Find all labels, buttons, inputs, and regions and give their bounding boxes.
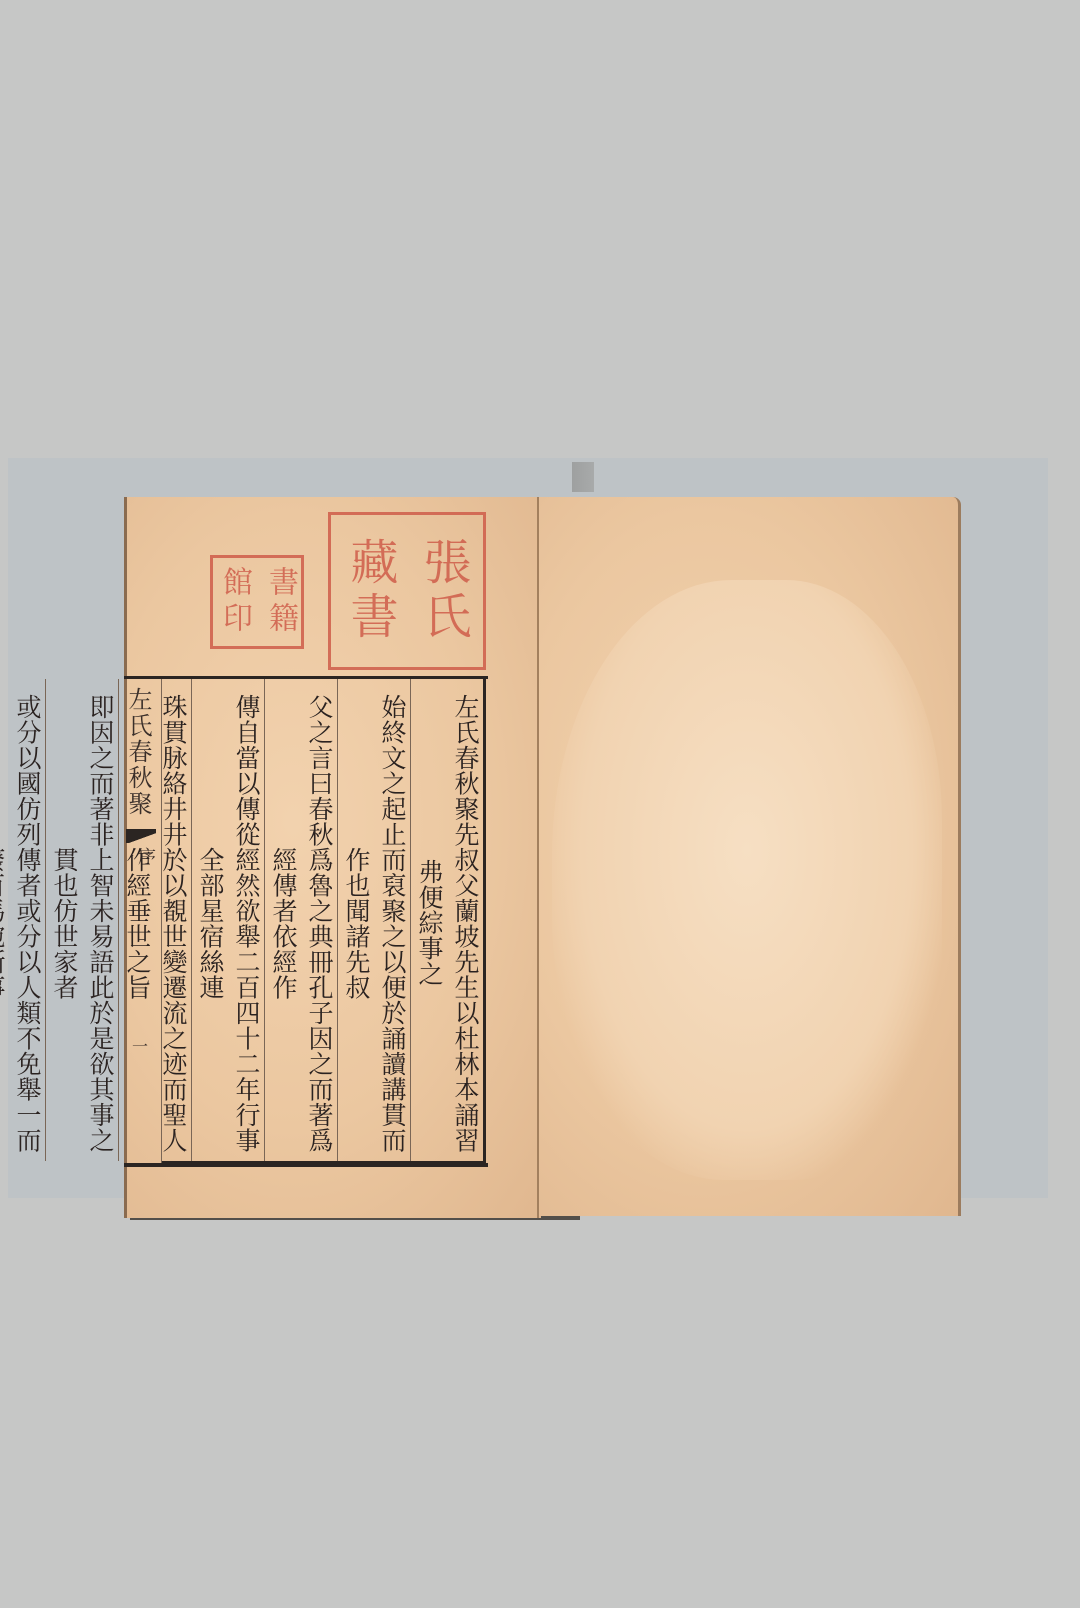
seal-column: 館印 <box>212 566 256 638</box>
text-frame: 左氏春秋聚先叔父蘭坡先生以杜林本誦習弗便綜事之 始終文之起止而裒聚之以便於誦讀講… <box>162 676 486 1164</box>
text-column: 傳自當以傳從經然欲舉二百四十二年行事全部星宿絲連 <box>191 679 264 1161</box>
seal-column: 張氏 <box>409 537 478 645</box>
water-stain <box>552 580 942 1180</box>
text-column: 始終文之起止而裒聚之以便於誦讀講貫而作也聞諸先叔 <box>337 679 410 1161</box>
text-column: 或分以國仿列傳者或分以人類不免舉一而廢百馬宛斯事 <box>0 679 45 1161</box>
text-column: 左氏春秋聚先叔父蘭坡先生以杜林本誦習弗便綜事之 <box>410 679 483 1161</box>
text-column: 珠貫脉絡井井於以覩世變遷流之迹而聖人作經垂世之旨 <box>118 679 191 1161</box>
book-gutter <box>537 497 539 1218</box>
frame-bottom-border <box>124 1163 488 1167</box>
text-column: 父之言曰春秋爲魯之典冊孔子因之而著爲經傳者依經作 <box>264 679 337 1161</box>
seal-column: 藏書 <box>336 537 405 645</box>
spine-shadow <box>572 462 594 492</box>
library-seal-small: 書籍 館印 <box>210 555 304 649</box>
collector-seal-large: 張氏 藏書 <box>328 512 486 670</box>
seal-column: 書籍 <box>258 566 302 638</box>
text-column: 即因之而著非上智未易語此於是欲其事之貫也仿世家者 <box>45 679 118 1161</box>
text-columns: 左氏春秋聚先叔父蘭坡先生以杜林本誦習弗便綜事之 始終文之起止而裒聚之以便於誦讀講… <box>162 679 483 1161</box>
